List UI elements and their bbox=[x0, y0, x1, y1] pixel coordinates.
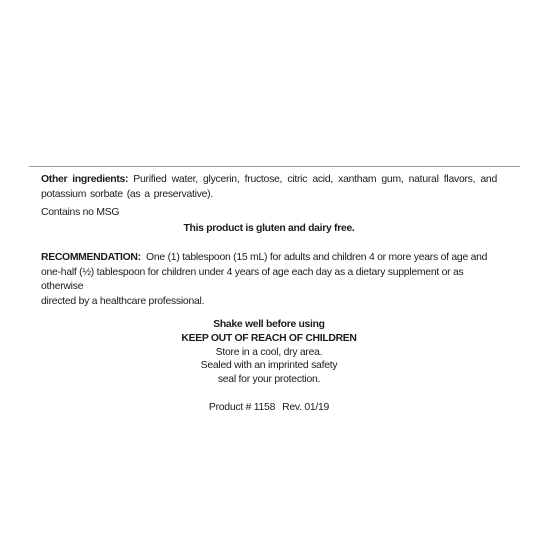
recommendation-text-1: One (1) tablespoon (15 mL) for adults an… bbox=[141, 252, 487, 263]
ingredients-label: Other ingredients: bbox=[41, 174, 128, 185]
product-number: Product # 1158 bbox=[209, 402, 275, 413]
recommendation-label: RECOMMENDATION: bbox=[41, 252, 141, 263]
section-divider bbox=[29, 166, 520, 167]
storage-note: Store in a cool, dry area. bbox=[41, 346, 497, 360]
product-info: Product # 1158Rev. 01/19 bbox=[41, 402, 497, 413]
shake-well-note: Shake well before using bbox=[41, 318, 497, 332]
recommendation-line-1: RECOMMENDATION: One (1) tablespoon (15 m… bbox=[41, 251, 497, 266]
gluten-dairy-free-note: This product is gluten and dairy free. bbox=[41, 222, 497, 237]
usage-instructions: Shake well before using KEEP OUT OF REAC… bbox=[41, 318, 497, 387]
safety-seal-note-line-1: Sealed with an imprinted safety bbox=[41, 359, 497, 373]
recommendation-paragraph: RECOMMENDATION: One (1) tablespoon (15 m… bbox=[41, 251, 497, 309]
revision-code: Rev. 01/19 bbox=[282, 402, 329, 413]
contains-no-msg-note: Contains no MSG bbox=[41, 206, 497, 221]
recommendation-line-3: directed by a healthcare professional. bbox=[41, 295, 497, 310]
safety-seal-note-line-2: seal for your protection. bbox=[41, 373, 497, 387]
recommendation-line-2: one-half (½) tablespoon for children und… bbox=[41, 266, 497, 295]
keep-out-of-reach-warning: KEEP OUT OF REACH OF CHILDREN bbox=[41, 332, 497, 346]
ingredients-paragraph: Other ingredients: Purified water, glyce… bbox=[41, 173, 497, 202]
